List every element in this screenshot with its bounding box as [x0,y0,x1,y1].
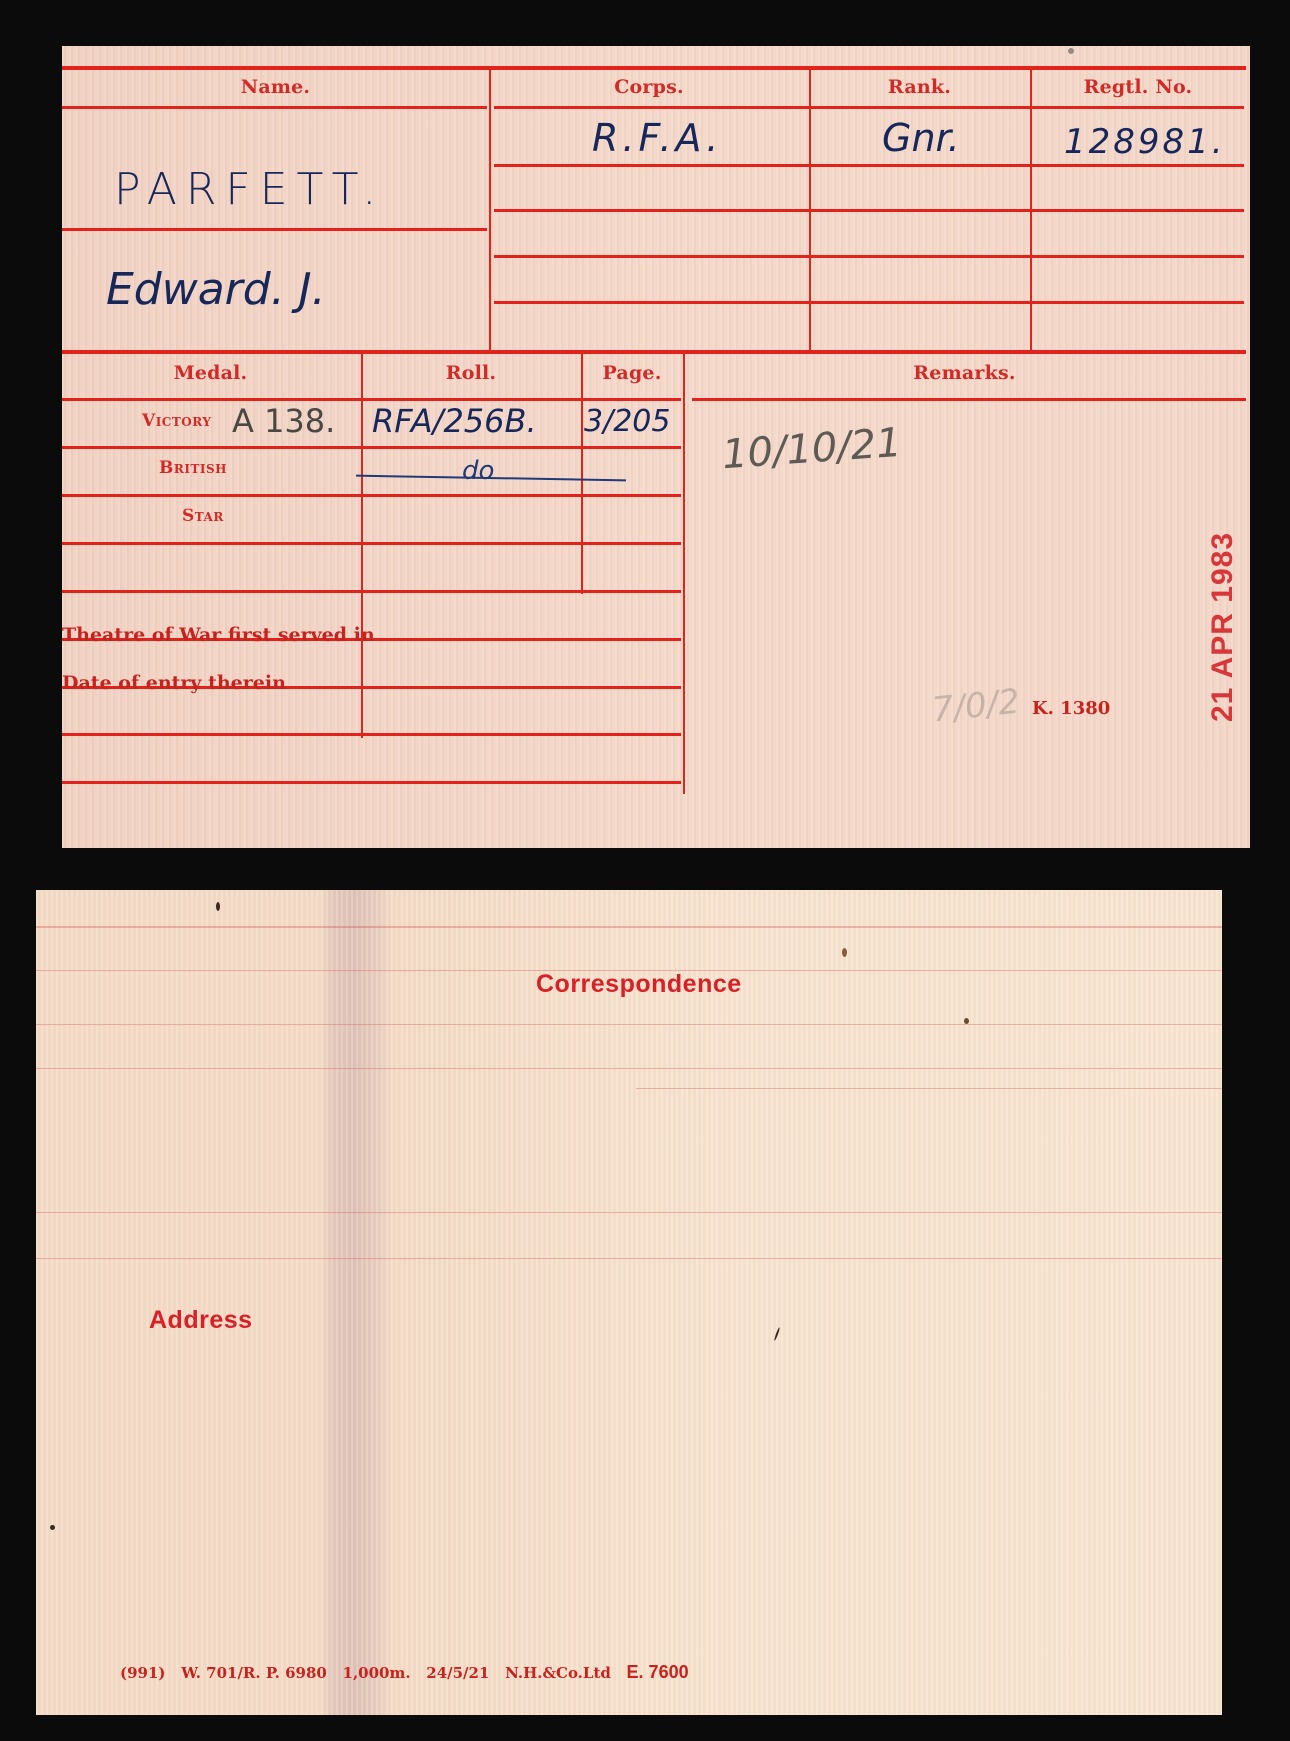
imprint-form: E. 7600 [627,1662,689,1682]
imprint-code: (991) [120,1664,166,1682]
speck [1068,48,1074,54]
corps-rule-4 [494,255,1244,258]
speck [216,902,220,911]
medal-rule-8 [62,733,681,736]
medal-index-card-front: Name. Corps. Rank. Regtl. No. PARFETT. E… [62,46,1250,848]
corps-rule-2 [494,164,1244,167]
regtl-no-entry: 128981. [1064,122,1226,162]
header-roll: Roll. [361,362,581,384]
date-of-entry-label: Date of entry therein [62,672,286,694]
header-remarks: Remarks. [683,362,1246,384]
date-stamp: 21 APR 1983 [1206,532,1240,722]
header-name: Name. [62,76,489,98]
printer-imprint: (991) W. 701/R. P. 6980 1,000m. 24/5/21 … [120,1662,689,1683]
british-roll-ditto: do [462,456,494,486]
remarks-date-entry: 10/10/21 [721,420,903,478]
faint-pencil-note: 7/0/2 [930,682,1022,731]
header-rank: Rank. [809,76,1030,98]
medal-rule-2 [62,446,681,449]
surname-entry: PARFETT. [114,164,385,215]
show-through-line [36,926,1222,928]
forenames-entry: Edward. J. [106,264,326,315]
show-through-line [636,1088,1222,1089]
medal-index-card-back: Correspondence Address (991) W. 701/R. P… [36,890,1222,1715]
top-rule [62,66,1246,70]
corps-rule-1 [494,106,1244,109]
theatre-of-war-label: Theatre of War first served in [62,624,375,646]
medal-rule-1 [62,398,681,401]
rank-entry: Gnr. [882,116,960,160]
corps-rule-5 [494,301,1244,304]
victory-page: 3/205 [584,404,670,439]
show-through-line [36,1212,1222,1213]
middle-rule [62,350,1246,354]
medal-rule-5 [62,590,681,593]
name-rule-1 [62,106,487,109]
header-regtl-no: Regtl. No. [1030,76,1246,98]
header-medal: Medal. [62,362,359,384]
show-through-line [36,1024,1222,1025]
divider-name-corps [489,70,491,351]
header-page: Page. [581,362,683,384]
speck [774,1327,781,1341]
medal-rule-4 [62,542,681,545]
show-through-line [36,1068,1222,1069]
corps-entry: R.F.A. [592,116,722,160]
form-number: K. 1380 [1032,698,1110,719]
imprint-quantity: 1,000m. [343,1664,411,1682]
divider-page-remarks [683,354,685,794]
medal-rule-3 [62,494,681,497]
speck [50,1525,55,1530]
medal-label-star: Star [182,506,302,526]
header-corps: Corps. [489,76,809,98]
divider-roll-page [581,354,583,594]
remarks-rule [692,398,1246,401]
speck [842,948,847,957]
correspondence-title: Correspondence [536,970,742,999]
victory-annotation: A 138. [232,402,335,440]
victory-roll: RFA/256B. [372,402,537,440]
medal-label-british: British [159,458,279,478]
name-rule-2 [62,228,487,231]
show-through-line [36,1258,1222,1259]
address-label: Address [149,1306,253,1335]
divider-medal-roll [361,354,363,738]
imprint-printer: N.H.&Co.Ltd [505,1664,611,1682]
corps-rule-3 [494,209,1244,212]
medal-rule-9 [62,781,681,784]
imprint-ref: W. 701/R. P. 6980 [181,1664,327,1682]
imprint-date: 24/5/21 [426,1664,489,1682]
speck [964,1018,969,1024]
